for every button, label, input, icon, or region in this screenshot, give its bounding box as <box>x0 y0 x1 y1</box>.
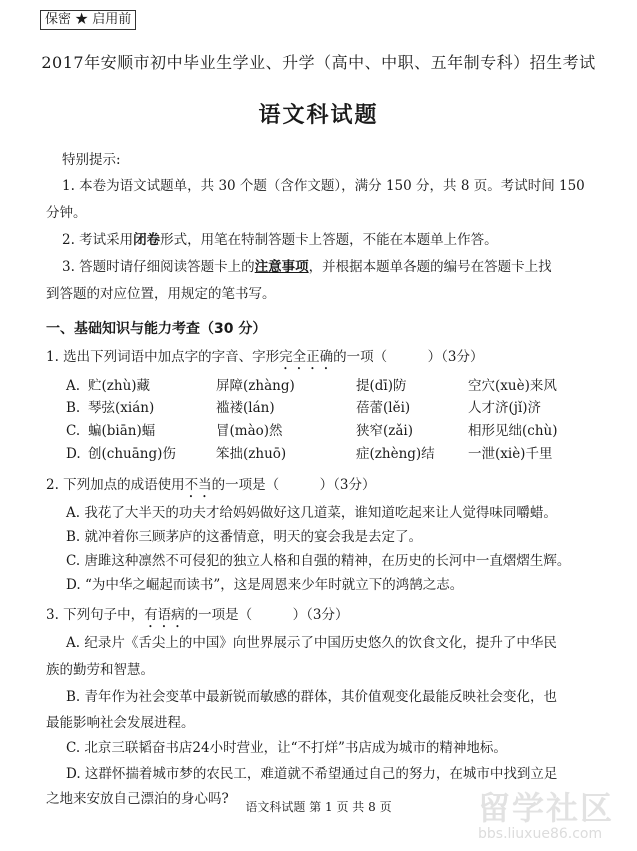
q3-stem-pre: 3. 下列句子中， <box>46 607 144 623</box>
q2-option-b: B. 就冲着你三顾茅庐的这番情意，明天的宴会我是去定了。 <box>66 527 422 547</box>
option-cell: 空穴(xuè)来风 <box>468 376 557 396</box>
watermark-url: bbs.liuxue86.com <box>478 826 628 842</box>
section-1-title: 一、基础知识与能力考查（30 分） <box>46 318 266 338</box>
notice-item-1: 1. 本卷为语文试题单，共 30 个题（含作文题），满分 150 分，共 8 页… <box>62 176 585 196</box>
notice-item-3-cont: 到答题的对应位置，用规定的笔书写。 <box>46 284 276 304</box>
option-cell: 提(dī)防 <box>356 376 407 396</box>
exam-title: 2017年安顺市初中毕业生学业、升学（高中、中职、五年制专科）招生考试 <box>0 50 637 73</box>
q3-option-a-cont: 族的勤劳和智慧。 <box>46 660 154 680</box>
q3-option-a: A. 纪录片《舌尖上的中国》向世界展示了中国历史悠久的饮食文化，提升了中华民 <box>66 633 557 653</box>
q1-stem-post: 的一项（ ）（3分） <box>333 349 483 365</box>
q3-option-b-cont: 最能影响社会发展进程。 <box>46 713 195 733</box>
q3-stem-post: 的一项是（ ）（3分） <box>185 607 349 623</box>
notice-item-2-post: 形式，用笔在特制答题卡上答题，不能在本题单上作答。 <box>160 232 498 248</box>
notice-item-2-pre: 2. 考试采用 <box>62 232 133 248</box>
option-cell: 创(chuāng)伤 <box>88 444 176 464</box>
q2-stem-dotted: 不当 <box>185 477 212 493</box>
notes-emphasis: 注意事项 <box>255 259 309 275</box>
q3-option-d: D. 这群怀揣着城市梦的农民工，难道就不希望通过自己的努力，在城市中找到立足 <box>66 764 557 784</box>
option-cell: 屏障(zhàng) <box>216 376 295 396</box>
option-label: D. <box>66 444 81 464</box>
option-cell: 琴弦(xián) <box>88 398 154 418</box>
option-text: 就冲着你三顾茅庐的这番情意，明天的宴会我是去定了。 <box>85 529 423 545</box>
q2-option-a: A. 我花了大半天的功夫才给妈妈做好这几道菜，谁知道吃起来让人觉得味同嚼蜡。 <box>66 503 557 523</box>
option-cell: 蝙(biān)蝠 <box>88 421 155 441</box>
q2-stem: 2. 下列加点的成语使用不当的一项是（ ）（3分） <box>46 475 376 501</box>
option-cell: 褴褛(lán) <box>216 398 275 418</box>
notice-heading: 特别提示: <box>62 150 121 170</box>
option-label: A. <box>66 505 80 521</box>
q2-option-d: D. “为中华之崛起而读书”，这是周恩来少年时就立下的鸿鹄之志。 <box>66 575 463 595</box>
q3-stem: 3. 下列句子中，有语病的一项是（ ）（3分） <box>46 605 349 631</box>
notice-item-3: 3. 答题时请仔细阅读答题卡上的注意事项，并根据本题单各题的编号在答题卡上找 <box>62 257 552 277</box>
option-text: 唐雎这种凛然不可侵犯的独立人格和自强的精神，在历史的长河中一直熠熠生辉。 <box>84 553 570 569</box>
option-text: “为中华之崛起而读书”，这是周恩来少年时就立下的鸿鹄之志。 <box>85 577 463 593</box>
option-cell: 蓓蕾(lěi) <box>356 398 410 418</box>
option-cell: 冒(mào)然 <box>216 421 283 441</box>
q1-stem: 1. 选出下列词语中加点字的字音、字形完全正确的一项（ ）（3分） <box>46 347 484 373</box>
closed-book-emphasis: 闭卷 <box>133 232 160 248</box>
q1-stem-pre: 1. 选出下列词语中加点字的字音、字形 <box>46 349 279 365</box>
option-label: D. <box>66 577 81 593</box>
option-cell: 一泄(xiè)千里 <box>468 444 552 464</box>
notice-item-3-pre: 3. 答题时请仔细阅读答题卡上的 <box>62 259 255 275</box>
option-cell: 相形见绌(chù) <box>468 421 557 441</box>
option-label: A. <box>66 376 80 396</box>
option-label: B. <box>66 529 80 545</box>
confidential-label: 保密 ★ 启用前 <box>40 10 136 30</box>
notice-item-3-post: ，并根据本题单各题的编号在答题卡上找 <box>309 259 552 275</box>
watermark: 留学社区 bbs.liuxue86.com <box>478 790 628 848</box>
option-label: C. <box>66 553 80 569</box>
subject-title: 语文科试题 <box>0 98 637 129</box>
q3-option-b: B. 青年作为社会变革中最新锐而敏感的群体，其价值观变化最能反映社会变化，也 <box>66 687 557 707</box>
option-label: C. <box>66 421 80 441</box>
option-text: 我花了大半天的功夫才给妈妈做好这几道菜，谁知道吃起来让人觉得味同嚼蜡。 <box>84 505 557 521</box>
option-cell: 人才济(jǐ)济 <box>468 398 541 418</box>
option-cell: 狭窄(zǎi) <box>356 421 413 441</box>
q2-stem-pre: 2. 下列加点的成语使用 <box>46 477 185 493</box>
q2-stem-post: 的一项是（ ）（3分） <box>212 477 376 493</box>
option-label: B. <box>66 398 80 418</box>
q3-option-c: C. 北京三联韬奋书店24小时营业，让“不打烊”书店成为城市的精神地标。 <box>66 738 507 758</box>
option-cell: 笨拙(zhuō) <box>216 444 286 464</box>
notice-item-1-cont: 分钟。 <box>46 203 87 223</box>
option-cell: 症(zhèng)结 <box>356 444 435 464</box>
q3-stem-dotted: 有语病 <box>144 607 185 623</box>
q2-option-c: C. 唐雎这种凛然不可侵犯的独立人格和自强的精神，在历史的长河中一直熠熠生辉。 <box>66 551 570 571</box>
notice-item-2: 2. 考试采用闭卷形式，用笔在特制答题卡上答题，不能在本题单上作答。 <box>62 230 498 250</box>
q1-stem-dotted: 完全正确 <box>279 349 333 365</box>
watermark-logo: 留学社区 <box>478 790 628 826</box>
option-cell: 贮(zhù)藏 <box>88 376 150 396</box>
